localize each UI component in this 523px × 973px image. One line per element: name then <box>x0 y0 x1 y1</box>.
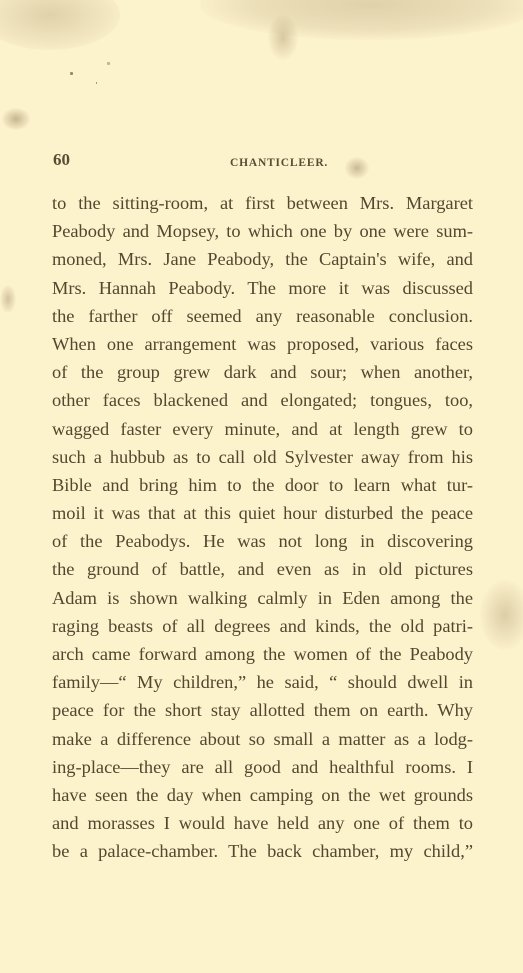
text-line: such a hubbub as to call old Sylvester a… <box>52 443 473 471</box>
text-line: of the group grew dark and sour; when an… <box>52 358 473 386</box>
paper-speck <box>107 62 110 65</box>
text-line: Peabody and Mopsey, to which one by one … <box>52 217 473 245</box>
paper-stain-drip <box>268 15 298 60</box>
paper-stain-left-lower <box>0 285 16 313</box>
text-line: moil it was that at this quiet hour dist… <box>52 499 473 527</box>
text-line: be a palace-chamber. The back chamber, m… <box>52 837 473 865</box>
body-text: to the sitting-room, at first between Mr… <box>52 189 473 866</box>
text-line: of the Peabodys. He was not long in disc… <box>52 527 473 555</box>
text-line: ing-place—they are all good and healthfu… <box>52 753 473 781</box>
text-line: family—“ My children,” he said, “ should… <box>52 668 473 696</box>
paper-stain-top-left <box>0 0 120 50</box>
text-line: Mrs. Hannah Peabody. The more it was dis… <box>52 274 473 302</box>
running-title: CHANTICLEER. <box>230 157 328 169</box>
text-line: to the sitting-room, at first between Mr… <box>52 189 473 217</box>
text-line: wagged faster every minute, and at lengt… <box>52 415 473 443</box>
paper-speck <box>96 82 97 84</box>
text-line: Adam is shown walking calmly in Eden amo… <box>52 584 473 612</box>
running-head: 60 CHANTICLEER. <box>52 148 476 172</box>
text-line: When one arrangement was proposed, vario… <box>52 330 473 358</box>
text-line: moned, Mrs. Jane Peabody, the Captain's … <box>52 245 473 273</box>
paper-stain-right <box>480 580 523 650</box>
paper-stain-top <box>200 0 523 40</box>
paper-stain-left <box>2 108 30 130</box>
book-page: 60 CHANTICLEER. to the sitting-room, at … <box>0 0 523 973</box>
text-line: the ground of battle, and even as in old… <box>52 555 473 583</box>
text-line: the farther off seemed any reasonable co… <box>52 302 473 330</box>
text-line: have seen the day when camping on the we… <box>52 781 473 809</box>
page-number: 60 <box>53 150 70 170</box>
text-line: make a difference about so small a matte… <box>52 725 473 753</box>
text-line: other faces blackened and elongated; ton… <box>52 386 473 414</box>
text-line: arch came forward among the women of the… <box>52 640 473 668</box>
text-line: peace for the short stay allotted them o… <box>52 696 473 724</box>
text-line: and morasses I would have held any one o… <box>52 809 473 837</box>
paper-speck <box>70 72 73 75</box>
text-line: Bible and bring him to the door to learn… <box>52 471 473 499</box>
text-line: raging beasts of all degrees and kinds, … <box>52 612 473 640</box>
